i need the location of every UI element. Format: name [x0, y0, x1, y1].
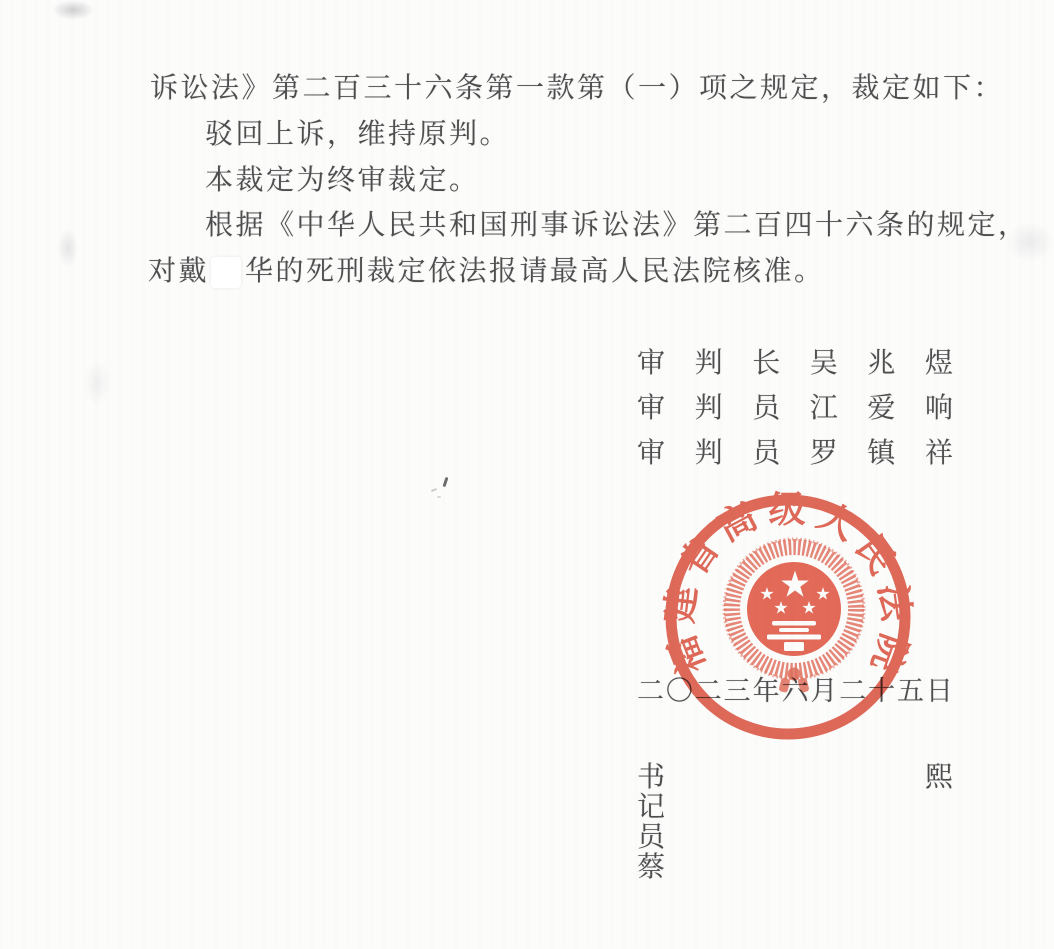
body-line-4: 根据《中华人民共和国刑事诉讼法》第二百四十六条的规定，	[205, 211, 1029, 241]
char: 书	[637, 763, 849, 793]
clerk-role-and-surname: 书记员蔡	[637, 763, 849, 883]
char: 江	[810, 394, 838, 424]
char: 审	[637, 439, 665, 469]
judge-row-3: 审判员罗镇祥	[637, 439, 953, 469]
char: 员	[637, 823, 849, 853]
body-line-3: 本裁定为终审裁定。	[205, 166, 480, 196]
body-line-5-prefix: 对戴	[148, 257, 209, 287]
scanned-court-ruling-page: 诉讼法》第二百三十六条第一款第（一）项之规定，裁定如下： 驳回上诉，维持原判。 …	[0, 0, 1054, 949]
scan-speck	[437, 496, 441, 498]
national-emblem-icon	[724, 539, 864, 693]
char: 蔡	[637, 853, 849, 883]
char: 日	[926, 676, 953, 706]
char: 判	[695, 394, 723, 424]
char: 煜	[925, 349, 953, 379]
char: 员	[752, 394, 780, 424]
char: 兆	[867, 349, 895, 379]
char: 爱	[867, 394, 895, 424]
scan-smudge	[52, 0, 94, 20]
char: 响	[925, 394, 953, 424]
char: 罗	[810, 439, 838, 469]
char: 审	[637, 394, 665, 424]
char: 员	[752, 439, 780, 469]
char: 判	[695, 439, 723, 469]
clerk-given-name: 熙	[925, 763, 953, 883]
judge-row-presiding: 审判长吴兆煜	[637, 349, 953, 379]
body-line-5: 对戴 华的死刑裁定依法报请最高人民法院核准。	[148, 257, 825, 288]
scan-speck	[431, 488, 437, 492]
body-line-1: 诉讼法》第二百三十六条第一款第（一）项之规定，裁定如下：	[150, 74, 1004, 104]
clerk-line: 书记员蔡 熙	[637, 763, 953, 883]
scan-smudge	[58, 228, 78, 268]
redacted-name-box	[211, 257, 241, 288]
char: 长	[752, 349, 780, 379]
scan-smudge	[84, 360, 110, 406]
scan-speck	[443, 477, 449, 487]
char: 祥	[925, 439, 953, 469]
char: 镇	[867, 439, 895, 469]
body-line-5-suffix: 华的死刑裁定依法报请最高人民法院核准。	[245, 257, 825, 287]
court-seal: 福建省高级人民法院	[648, 477, 928, 757]
char: 审	[637, 349, 665, 379]
char: 判	[695, 349, 723, 379]
char: 吴	[810, 349, 838, 379]
judge-row-2: 审判员江爱响	[637, 394, 953, 424]
char: 记	[637, 793, 849, 823]
body-line-2: 驳回上诉，维持原判。	[205, 120, 510, 150]
